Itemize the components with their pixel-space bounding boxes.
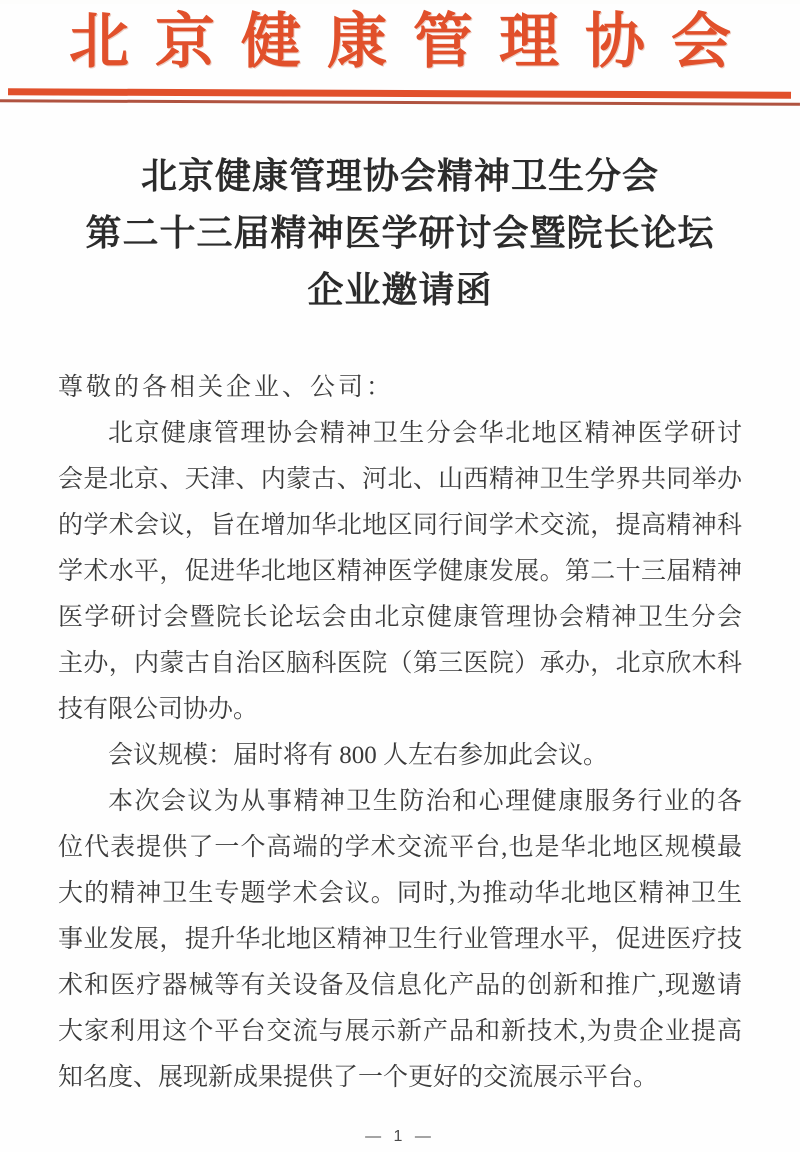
body-line: 术和医疗器械等有关设备及信息化产品的创新和推广,现邀请 [58, 963, 742, 1009]
body-line: 大家利用这个平台交流与展示新产品和新技术,为贵企业提高 [58, 1009, 742, 1055]
letterhead-rule-thick [8, 88, 791, 98]
scanned-letter-page: 北京健康管理协会 北京健康管理协会精神卫生分会 第二十三届精神医学研讨会暨院长论… [0, 4, 800, 1152]
body-line: 会议规模：届时将有 800 人左右参加此会议。 [58, 733, 742, 779]
body-line: 位代表提供了一个高端的学术交流平台,也是华北地区规模最 [58, 825, 742, 871]
document-title-line-3: 企业邀请函 [0, 262, 800, 319]
body-line: 学术水平，促进华北地区精神医学健康发展。第二十三届精神 [58, 549, 742, 595]
paragraph: 会议规模：届时将有 800 人左右参加此会议。 [58, 733, 742, 779]
body-line: 医学研讨会暨院长论坛会由北京健康管理协会精神卫生分会 [58, 595, 742, 641]
page-number: — 1 — [0, 1127, 800, 1147]
document-title: 北京健康管理协会精神卫生分会 第二十三届精神医学研讨会暨院长论坛 企业邀请函 [0, 148, 800, 319]
paragraphs-container: 北京健康管理协会精神卫生分会华北地区精神医学研讨会是北京、天津、内蒙古、河北、山… [58, 411, 742, 1101]
body-line: 主办，内蒙古自治区脑科医院（第三医院）承办，北京欣木科 [58, 641, 742, 687]
body-line: 的学术会议，旨在增加华北地区同行间学术交流，提高精神科 [58, 503, 742, 549]
letterhead-rules [0, 88, 800, 105]
body-line: 技有限公司协办。 [58, 687, 742, 733]
body-line: 大的精神卫生专题学术会议。同时,为推动华北地区精神卫生 [58, 871, 742, 917]
letter-body: 尊敬的各相关企业、公司： 北京健康管理协会精神卫生分会华北地区精神医学研讨会是北… [0, 365, 800, 1101]
letterhead-rule-thin [0, 99, 800, 105]
body-line: 本次会议为从事精神卫生防治和心理健康服务行业的各 [58, 779, 742, 825]
body-line: 北京健康管理协会精神卫生分会华北地区精神医学研讨 [58, 411, 742, 457]
paragraph: 本次会议为从事精神卫生防治和心理健康服务行业的各位代表提供了一个高端的学术交流平… [58, 779, 742, 1101]
salutation: 尊敬的各相关企业、公司： [58, 365, 742, 411]
document-title-line-1: 北京健康管理协会精神卫生分会 [0, 148, 800, 205]
body-line: 知名度、展现新成果提供了一个更好的交流展示平台。 [58, 1055, 742, 1101]
body-line: 会是北京、天津、内蒙古、河北、山西精神卫生学界共同举办 [58, 457, 742, 503]
body-line: 事业发展，提升华北地区精神卫生行业管理水平，促进医疗技 [58, 917, 742, 963]
document-title-line-2: 第二十三届精神医学研讨会暨院长论坛 [0, 205, 800, 262]
letterhead-org-title: 北京健康管理协会 [13, 4, 800, 80]
paragraph: 北京健康管理协会精神卫生分会华北地区精神医学研讨会是北京、天津、内蒙古、河北、山… [58, 411, 742, 733]
